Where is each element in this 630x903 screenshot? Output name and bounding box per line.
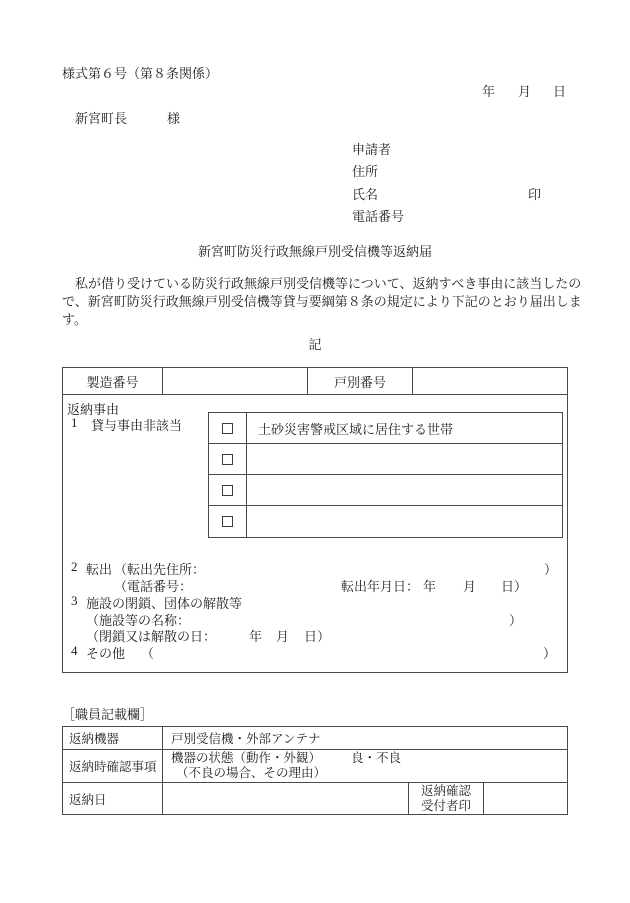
name-label: 氏名 [352,184,378,203]
applicant-label: 申請者 [352,139,391,158]
stamp-label: 返納確認 受付者印 [409,783,484,814]
checkbox-icon[interactable] [222,423,233,434]
checkbox-row: 土砂災害警戒区域に居住する世帯 [209,413,562,444]
staff-section-heading: ［職員記載欄］ [62,704,153,723]
check-content: 機器の状態（動作・外観）良・不良 （不良の場合、その理由） [163,750,567,782]
stamp-field[interactable] [484,783,567,814]
item4-open-paren: （ [141,643,154,662]
check-label: 返納時確認事項 [63,750,163,782]
checkbox-icon[interactable] [222,516,233,527]
addressee-name: 新宮町長 [75,108,127,127]
reason-item-2-line-1: 2 転出 （転出先住所： ） [63,559,567,576]
address-label: 住所 [352,161,378,180]
reason-item-4: 4 その他 （ ） [63,643,567,660]
device-state-label: 機器の状態（動作・外観） [171,751,321,765]
main-table: 製造番号 戸別番号 返納事由 1 貸与事由非該当 土砂災害警戒区域に居住する世帯 [62,367,568,673]
staff-table: 返納機器 戸別受信機・外部アンテナ 返納時確認事項 機器の状態（動作・外観）良・… [62,726,568,815]
page-title: 新宮町防災行政無線戸別受信機等返納届 [0,241,630,260]
checkbox-text-field[interactable] [247,506,562,537]
checkbox-text: 土砂災害警戒区域に居住する世帯 [247,413,562,443]
checkbox-cell[interactable] [209,413,247,443]
checkbox-text-field[interactable] [247,475,562,505]
reason-item-3-line-2: （施設等の名称： ） [63,610,567,627]
checkbox-row [209,475,562,506]
stamp-label-line-1: 返納確認 [421,784,471,799]
checkbox-icon[interactable] [222,454,233,465]
equipment-value: 戸別受信機・外部アンテナ [163,727,567,749]
serial-number-label: 製造番号 [63,368,163,394]
phone-label: 電話番号 [352,206,404,225]
checkbox-icon[interactable] [222,485,233,496]
item3-number: 3 [71,593,78,609]
staff-row-return-date: 返納日 返納確認 受付者印 [63,783,567,814]
ki-heading: 記 [0,334,630,353]
return-date-field[interactable] [163,783,409,814]
checkbox-row [209,506,562,537]
staff-row-equipment: 返納機器 戸別受信機・外部アンテナ [63,727,567,750]
date-year-label: 年 [482,81,495,100]
addressee-honorific: 様 [167,108,180,127]
body-line-3: す。 [62,309,87,328]
item4-number: 4 [71,643,78,659]
item1-label: 貸与事由非該当 [91,415,182,434]
date-day-label: 日 [553,81,566,100]
good-bad-label: 良・不良 [351,751,401,765]
body-line-2: で、新宮町防災行政無線戸別受信機等貸与要綱第８条の規定により下記のとおり届出しま [62,291,582,310]
unit-number-field[interactable] [413,368,567,394]
reason-item-3-line-3: （閉鎖又は解散の日： 年 月 日） [63,626,567,643]
staff-row-check: 返納時確認事項 機器の状態（動作・外観）良・不良 （不良の場合、その理由） [63,750,567,783]
equipment-label: 返納機器 [63,727,163,749]
check-line-2: （不良の場合、その理由） [171,766,567,781]
reason-item-2-line-2: （電話番号： 転出年月日： 年 月 日） [63,576,567,593]
unit-number-label: 戸別番号 [308,368,413,394]
checkbox-cell[interactable] [209,475,247,505]
stamp-label-line-2: 受付者印 [421,799,471,814]
checkbox-row [209,444,562,475]
item4-close-paren: ） [543,643,556,662]
return-reason-cell: 返納事由 1 貸与事由非該当 土砂災害警戒区域に居住する世帯 [63,395,567,672]
reason-item-3-line-1: 3 施設の閉鎖、団体の解散等 [63,593,567,610]
item4-label: その他 [86,643,125,662]
body-line-1: 私が借り受けている防災行政無線戸別受信機等について、返納すべき事由に該当したの [62,273,581,292]
checkbox-table: 土砂災害警戒区域に居住する世帯 [208,412,563,538]
check-line-1: 機器の状態（動作・外観）良・不良 [171,751,567,766]
date-month-label: 月 [518,81,531,100]
item1-number: 1 [71,415,78,431]
checkbox-cell[interactable] [209,444,247,474]
checkbox-text-field[interactable] [247,444,562,474]
serial-number-field[interactable] [163,368,308,394]
return-date-label: 返納日 [63,783,163,814]
checkbox-cell[interactable] [209,506,247,537]
item2-number: 2 [71,559,78,575]
return-form-page: 様式第６号（第８条関係） 年 月 日 新宮町長 様 申請者 住所 氏名 印 電話… [0,0,630,903]
main-table-header-row: 製造番号 戸別番号 [63,368,567,395]
form-number: 様式第６号（第８条関係） [62,63,218,82]
seal-label: 印 [528,184,541,203]
